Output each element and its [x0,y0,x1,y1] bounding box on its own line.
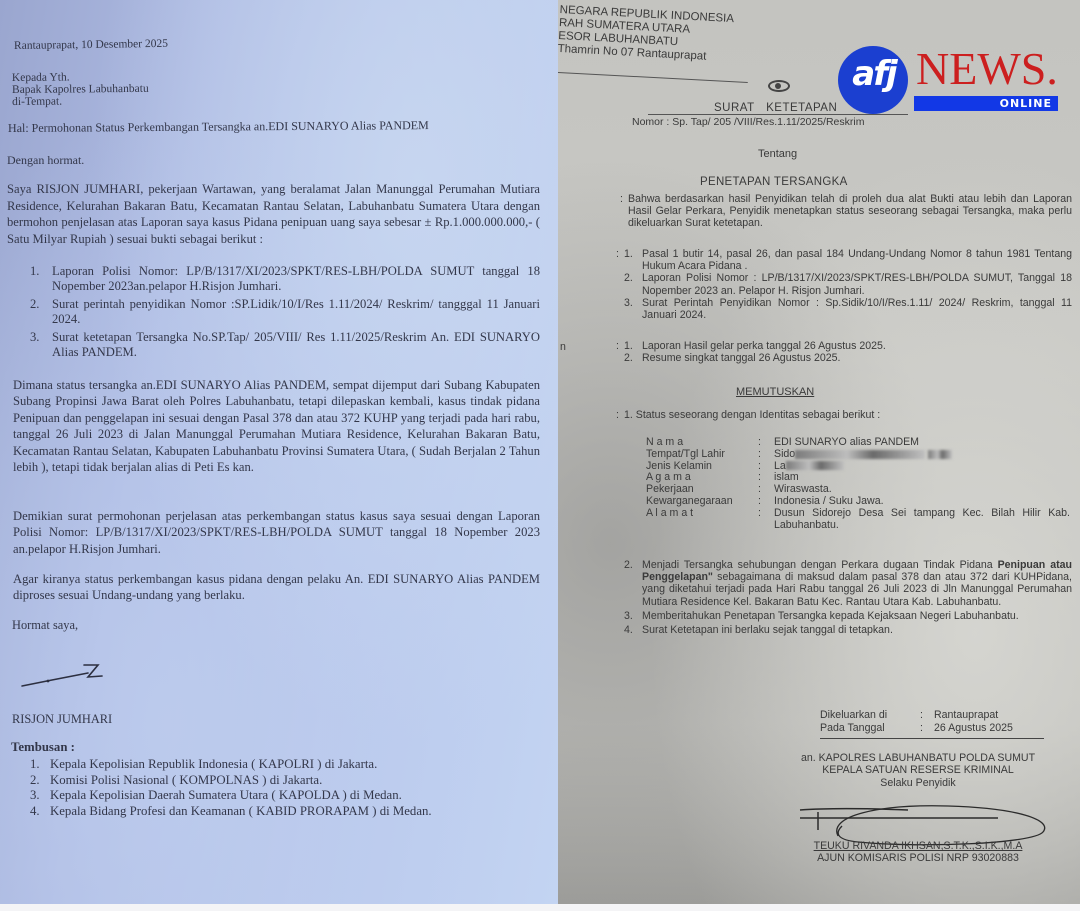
list-text: Surat Perintah Penyidikan Nomor : Sp.Sid… [642,297,1072,321]
signer-name: TEUKU RIVANDA IKHSAN,S.T.K.,S.I.K.,M.A [758,840,1078,852]
identity-row: Tempat/Tgl Lahir:Sido [646,449,1074,461]
identity-value: Indonesia / Suku Jawa. [774,496,1074,508]
list-number: 2. [624,272,642,296]
list-item: 4.Kepala Bidang Profesi dan Keamanan ( K… [30,804,432,820]
list-number: 1. [30,264,52,294]
afj-news-online-logo: afj NEWS. ONLINE [838,46,1060,116]
list-number: 2. [30,773,50,789]
list-item: 2.Surat perintah penyidikan Nomor :SP.Li… [30,297,540,327]
logo-online-text: ONLINE [1000,96,1052,111]
list-item: 2.Laporan Polisi Nomor : LP/B/1317/XI/20… [624,272,1072,296]
cc-list: 1.Kepala Kepolisian Republik Indonesia (… [30,757,432,819]
logo-news-text: NEWS. [916,46,1058,92]
issued-at-label: Dikeluarkan di [820,709,920,722]
identity-row: Jenis Kelamin:La [646,461,1074,473]
recipient-line: di-Tempat. [12,95,149,108]
identity-value: EDI SUNARYO alias PANDEM [774,437,1074,449]
redaction-blur [795,450,925,459]
redaction-blur [928,450,952,459]
letter-subject: Hal: Permohonan Status Perkembangan Ters… [8,118,429,136]
list-text: Pasal 1 butir 14, pasal 26, dan pasal 18… [642,248,1072,272]
list-text: Surat ketetapan Tersangka No.SP.Tap/ 205… [52,330,540,360]
list-item: 3.Memberitahukan Penetapan Tersangka kep… [624,610,1072,622]
list-number: 4. [30,804,50,820]
issued-at-value: Rantauprapat [934,709,998,722]
decision-1: 1. Status seseorang dengan Identitas seb… [624,409,880,421]
list-number: 3. [30,330,52,360]
colon-marker: : [616,340,619,352]
list-item: 3.Kepala Kepolisian Daerah Sumatera Utar… [30,788,432,804]
on-behalf-line: an. KAPOLRES LABUHANBATU POLDA SUMUT [758,752,1078,764]
list-text: Kepala Kepolisian Daerah Sumatera Utara … [50,788,402,804]
decides-heading: MEMUTUSKAN [736,386,814,398]
cc-heading: Tembusan : [11,740,75,755]
letter-closing: Hormat saya, [12,618,78,633]
identity-key: Tempat/Tgl Lahir [646,449,758,461]
logo-afj-text: afj [841,54,907,94]
letter-date: Rantauprapat, 10 Desember 2025 [14,38,168,52]
list-item: 2.Resume singkat tanggal 26 Agustus 2025… [624,352,1072,364]
identity-value: Dusun Sidorejo Desa Sei tampang Kec. Bil… [774,508,1070,532]
list-item: 3.Surat Perintah Penyidikan Nomor : Sp.S… [624,297,1072,321]
logo-online-bar: ONLINE [914,96,1058,111]
complaint-letter-photo: Rantauprapat, 10 Desember 2025 Kepada Yt… [0,0,558,904]
suspect-identity-table: N a m a:EDI SUNARYO alias PANDEM Tempat/… [646,437,1074,531]
letter-paragraph-hope: Agar kiranya status perkembangan kasus p… [13,571,540,604]
list-number: 3. [624,297,642,321]
identity-key: Kewarganegaraan [646,496,758,508]
list-item: 3.Surat ketetapan Tersangka No.SP.Tap/ 2… [30,330,540,360]
decree-basis-list: 1.Pasal 1 butir 14, pasal 26, dan pasal … [624,248,1072,321]
list-text: Kepala Kepolisian Republik Indonesia ( K… [50,757,377,773]
signer-block: TEUKU RIVANDA IKHSAN,S.T.K.,S.I.K.,M.A A… [758,840,1078,865]
list-text: Resume singkat tanggal 26 Agustus 2025. [642,352,1072,364]
colon-marker: : [616,248,619,260]
on-behalf-block: an. KAPOLRES LABUHANBATU POLDA SUMUT KEP… [758,752,1078,789]
list-number: 3. [624,610,642,622]
list-text: Komisi Polisi Nasional ( KOMPOLNAS ) di … [50,773,322,789]
list-text: Laporan Polisi Nomor: LP/B/1317/XI/2023/… [52,264,540,294]
decree-document-photo: NEGARA REPUBLIK INDONESIA RAH SUMATERA U… [558,0,1080,904]
decree-title: SURAT KETETAPAN [714,102,837,114]
list-number: 2. [624,559,642,608]
list-number: 4. [624,624,642,636]
identity-value: Sido [774,448,795,460]
list-number: 2. [624,352,642,364]
recipient-line: Bapak Kapolres Labuhanbatu [12,83,149,96]
identity-row: A g a m a:islam [646,472,1074,484]
issued-date-value: 26 Agustus 2025 [934,722,1013,735]
letter-greeting: Dengan hormat. [7,153,84,168]
on-behalf-line: KEPALA SATUAN RESERSE KRIMINAL [758,764,1078,776]
redaction-blur [786,461,844,470]
letter-signer-name: RISJON JUMHARI [12,712,112,727]
list-item: 1.Laporan Hasil gelar perka tanggal 26 A… [624,340,1072,352]
decree-number: Nomor : Sp. Tap/ 205 /VIII/Res.1.11/2025… [632,116,864,128]
letter-recipient: Kepada Yth. Bapak Kapolres Labuhanbatu d… [12,71,149,108]
letter-paragraph-intro: Saya RISJON JUMHARI, pekerjaan Wartawan,… [7,181,540,247]
decree-subject: PENETAPAN TERSANGKA [700,176,848,188]
list-item: 1.Kepala Kepolisian Republik Indonesia (… [30,757,432,773]
evidence-list: 1.Laporan Polisi Nomor: LP/B/1317/XI/202… [30,264,540,363]
bottom-border [0,904,1080,911]
letter-paragraph-request: Demikian surat permohonan perjelasan ata… [13,508,540,557]
list-item: 1.Laporan Polisi Nomor: LP/B/1317/XI/202… [30,264,540,294]
identity-row: A l a m a t:Dusun Sidorejo Desa Sei tamp… [646,508,1074,532]
on-behalf-line: Selaku Penyidik [758,777,1078,789]
identity-key: A l a m a t [646,508,758,532]
letter-paragraph-status: Dimana status tersangka an.EDI SUNARYO A… [13,377,540,475]
police-emblem-icon [768,80,790,92]
list-number: 1. [30,757,50,773]
letterhead-divider [558,72,748,83]
list-text: Menjadi Tersangka sehubungan dengan Perk… [642,559,998,571]
colon-marker: : [616,409,619,421]
list-item: 2.Menjadi Tersangka sehubungan dengan Pe… [624,559,1072,608]
identity-value: La [774,460,786,472]
identity-row: Kewarganegaraan:Indonesia / Suku Jawa. [646,496,1074,508]
list-text: Laporan Hasil gelar perka tanggal 26 Agu… [642,340,1072,352]
decree-letterhead: NEGARA REPUBLIK INDONESIA RAH SUMATERA U… [558,4,734,65]
colon-marker: : [620,193,623,205]
list-text: Kepala Bidang Profesi dan Keamanan ( KAB… [50,804,432,820]
list-item: 1.Pasal 1 butir 14, pasal 26, dan pasal … [624,248,1072,272]
list-text: Surat perintah penyidikan Nomor :SP.Lidi… [52,297,540,327]
list-item: 2.Komisi Polisi Nasional ( KOMPOLNAS ) d… [30,773,432,789]
signer-rank: AJUN KOMISARIS POLISI NRP 93020883 [758,852,1078,864]
list-number: 1. [624,340,642,352]
list-number: 2. [30,297,52,327]
signature-scribble [18,660,108,690]
decree-consideration: Bahwa berdasarkan hasil Penyidikan telah… [628,193,1072,230]
list-number: 3. [30,788,50,804]
cropped-edge-label: n [560,341,566,353]
issuance-details: Dikeluarkan di:Rantauprapat Pada Tanggal… [820,709,1013,734]
list-item: 4.Surat Ketetapan ini berlaku sejak tang… [624,624,1072,636]
decree-about-label: Tentang [758,148,797,160]
issuance-divider [820,738,1044,739]
list-number: 1. [624,248,642,272]
list-text: Surat Ketetapan ini berlaku sejak tangga… [642,624,1072,636]
issued-date-label: Pada Tanggal [820,722,920,735]
list-text: Laporan Polisi Nomor : LP/B/1317/XI/2023… [642,272,1072,296]
decision-list: 2.Menjadi Tersangka sehubungan dengan Pe… [624,559,1072,638]
list-text: Memberitahukan Penetapan Tersangka kepad… [642,610,1072,622]
decree-attention-list: 1.Laporan Hasil gelar perka tanggal 26 A… [624,340,1072,364]
